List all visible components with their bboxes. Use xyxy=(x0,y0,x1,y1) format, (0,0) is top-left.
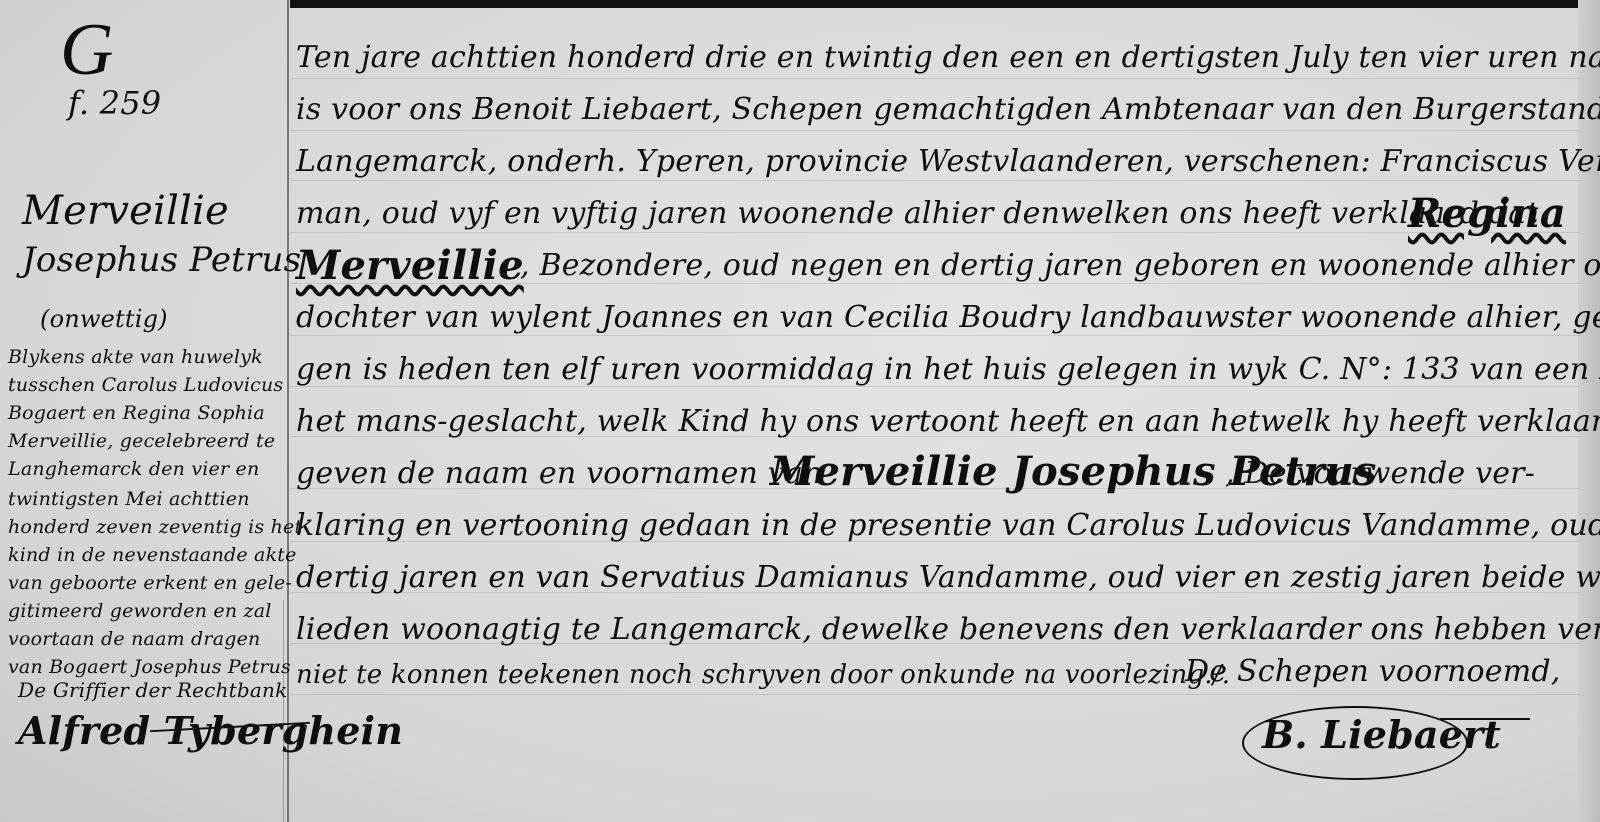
margin-note-line: van geboorte erkent en gele- xyxy=(8,572,292,594)
register-page: G f. 259 Merveillie Josephus Petrus (onw… xyxy=(0,0,1600,822)
legitimacy-status: (onwettig) xyxy=(40,305,168,333)
margin-note-line: kind in de nevenstaande akte xyxy=(8,544,297,566)
closing-formula: De Schepen voornoemd, xyxy=(1185,654,1561,689)
body-line-1: Ten jare achttien honderd drie en twinti… xyxy=(296,40,1600,75)
ruled-line xyxy=(290,694,1580,695)
body-line-4: man, oud vyf en vyftig jaren woonende al… xyxy=(296,196,1539,231)
ruled-line xyxy=(290,130,1580,131)
clerk-title: De Griffier der Rechtbank xyxy=(18,678,287,702)
body-line-8: het mans-geslacht, welk Kind hy ons vert… xyxy=(296,404,1600,439)
ruled-line xyxy=(290,180,1580,181)
ruled-line xyxy=(290,232,1580,233)
margin-note-line: van Bogaert Josephus Petrus xyxy=(8,656,291,678)
body-line-12: lieden woonagtig te Langemarck, dewelke … xyxy=(296,612,1600,647)
body-line-2: is voor ons Benoit Liebaert, Schepen gem… xyxy=(296,92,1600,127)
margin-note-line: tusschen Carolus Ludovicus xyxy=(8,374,283,396)
register-letter: G xyxy=(60,8,114,93)
margin-note-line: voortaan de naam dragen xyxy=(8,628,260,650)
margin-note-line: Blykens akte van huwelyk xyxy=(8,346,263,368)
body-line-9: geven de naam en voornamen van xyxy=(296,456,823,491)
mother-surname: Merveillie xyxy=(296,242,524,289)
margin-note-line: Merveillie, gecelebreerd te xyxy=(8,430,275,452)
margin-given-names: Josephus Petrus xyxy=(22,240,301,280)
margin-note-line: gitimeerd geworden en zal xyxy=(8,600,272,622)
margin-surname: Merveillie xyxy=(22,188,229,234)
margin-note-line: honderd zeven zeventig is het xyxy=(8,516,302,538)
margin-note-line: Langhemarck den vier en xyxy=(8,458,259,480)
mother-first-name: Regina xyxy=(1408,190,1566,237)
body-line-9b: , De voorwende ver- xyxy=(1225,456,1535,491)
body-line-10: klaring en vertooning gedaan in de prese… xyxy=(296,508,1600,543)
scan-top-border xyxy=(290,0,1600,8)
body-line-3: Langemarck, onderh. Yperen, provincie We… xyxy=(296,144,1600,179)
body-line-7: gen is heden ten elf uren voormiddag in … xyxy=(296,352,1600,387)
ruled-line xyxy=(290,78,1580,79)
body-line-11: dertig jaren en van Servatius Damianus V… xyxy=(296,560,1600,595)
margin-note-line: Bogaert en Regina Sophia xyxy=(8,402,265,424)
body-line-13: niet te konnen teekenen noch schryven do… xyxy=(296,660,1230,690)
margin-note-line: twintigsten Mei achttien xyxy=(8,488,250,510)
folio-number: f. 259 xyxy=(68,84,161,122)
signature-flourish xyxy=(1440,718,1530,720)
clerk-signature: Alfred Tyberghein xyxy=(18,708,403,753)
ruled-line xyxy=(290,335,1580,336)
body-line-6: dochter van wylent Joannes en van Cecili… xyxy=(296,300,1600,335)
body-line-5: , Bezondere, oud negen en dertig jaren g… xyxy=(520,248,1600,283)
